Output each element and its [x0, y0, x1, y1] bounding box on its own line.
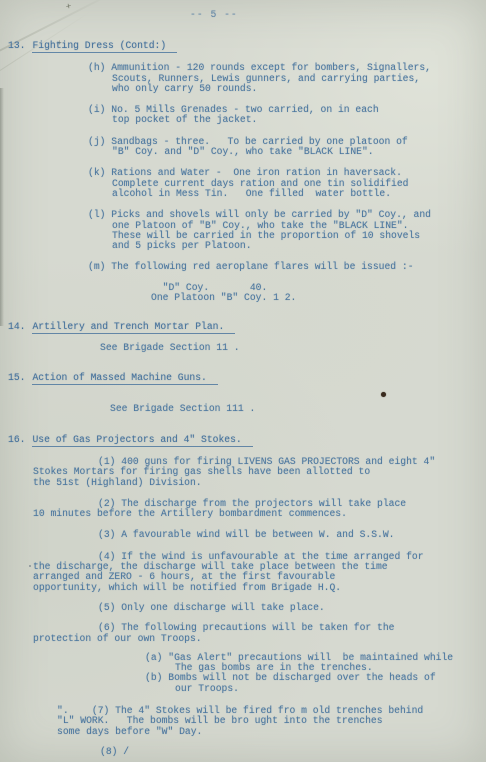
heading-artillery-plan-title: Artillery and Trench Mortar Plan. [32, 321, 235, 334]
scan-edge-shadow [0, 88, 4, 326]
heading-gas-projectors-title: Use of Gas Projectors and 4" Stokes. [32, 434, 252, 447]
para-5: (5) Only one discharge will take place. [33, 603, 486, 613]
paper-crease [0, 0, 118, 64]
heading-gas-projectors-number: 16. [8, 434, 25, 445]
item-h: (h) Ammunition - 120 rounds except for b… [88, 63, 486, 94]
text-line: "B" Coy. and "D" Coy., who take "BLACK L… [112, 147, 486, 157]
item-i: (i) No. 5 Mills Grenades - two carried, … [88, 105, 486, 126]
para-6a: (a) "Gas Alert" precautions will be main… [145, 653, 486, 674]
text-line: protection of our own Troops. [33, 634, 486, 644]
text-line: and 5 picks per Platoon. [112, 241, 486, 251]
ref-brigade-section-ii: See Brigade Section 11 . [100, 343, 486, 353]
text-line: alcohol in Mess Tin. One filled water bo… [112, 189, 486, 199]
para-6b: (b) Bombs will not be discharged over th… [145, 673, 486, 694]
text-line: (3) A favourable wind will be between W.… [98, 530, 486, 540]
text-line: (5) Only one discharge will take place. [98, 603, 486, 613]
text-line: (m) The following red aeroplane flares w… [88, 262, 486, 272]
item-m: (m) The following red aeroplane flares w… [88, 262, 486, 272]
text-line: the 51st (Highland) Division. [33, 478, 486, 488]
text-line: -- 5 -- [190, 10, 486, 20]
heading-fighting-dress: 13.Fighting Dress (Contd:) [8, 41, 486, 53]
ink-blot [381, 392, 386, 397]
text-line: Stokes Mortars for firing gas shells hav… [33, 467, 486, 477]
text-line: our Troops. [175, 684, 486, 694]
flare-allotment: "D" Coy. 40.One Platoon "B" Coy. 1 2. [151, 283, 486, 304]
text-line: some days before "W" Day. [57, 727, 486, 737]
heading-machine-guns: 15.Action of Massed Machine Guns. [8, 373, 486, 385]
heading-machine-guns-number: 15. [8, 372, 25, 383]
text-line: (6) The following precautions will be ta… [98, 623, 486, 633]
document-page: + + -- 5 --13.Fighting Dress (Contd:)(h)… [0, 0, 486, 762]
item-j: (j) Sandbags - three. To be carried by o… [88, 137, 486, 158]
text-line: See Brigade Section 11 . [100, 343, 486, 353]
para-7: ". (7) The 4" Stokes will be fired fro m… [57, 706, 486, 737]
text-line: (8) / [100, 747, 486, 757]
text-line: One Platoon "B" Coy. 1 2. [151, 293, 486, 303]
para-6: (6) The following precautions will be ta… [33, 623, 486, 644]
item-l: (l) Picks and shovels will only be carri… [88, 210, 486, 251]
text-line: top pocket of the jacket. [112, 115, 486, 125]
para-1: (1) 400 guns for firing LIVENS GAS PROJE… [33, 457, 486, 488]
heading-fighting-dress-title: Fighting Dress (Contd:) [32, 40, 177, 53]
para-8: (8) / [100, 747, 486, 757]
item-k: (k) Rations and Water - One iron ration … [88, 168, 486, 199]
page-number: -- 5 -- [190, 10, 486, 20]
para-4: (4) If the wind is unfavourable at the t… [33, 552, 486, 593]
para-3: (3) A favourable wind will be between W.… [33, 530, 486, 540]
heading-gas-projectors: 16.Use of Gas Projectors and 4" Stokes. [8, 435, 486, 447]
pencil-mark: + [65, 2, 72, 13]
text-line: 10 minutes before the Artillery bombardm… [33, 509, 486, 519]
ref-brigade-section-iii: See Brigade Section 111 . [110, 404, 486, 414]
paper-speck [29, 565, 31, 567]
text-line: opportunity, which will be notified from… [33, 583, 486, 593]
heading-artillery-plan-number: 14. [8, 321, 25, 332]
text-line: who only carry 50 rounds. [112, 84, 486, 94]
heading-artillery-plan: 14.Artillery and Trench Mortar Plan. [8, 322, 486, 334]
para-2: (2) The discharge from the projectors wi… [33, 499, 486, 520]
text-line: See Brigade Section 111 . [110, 404, 486, 414]
heading-fighting-dress-number: 13. [8, 40, 25, 51]
heading-machine-guns-title: Action of Massed Machine Guns. [32, 372, 217, 385]
